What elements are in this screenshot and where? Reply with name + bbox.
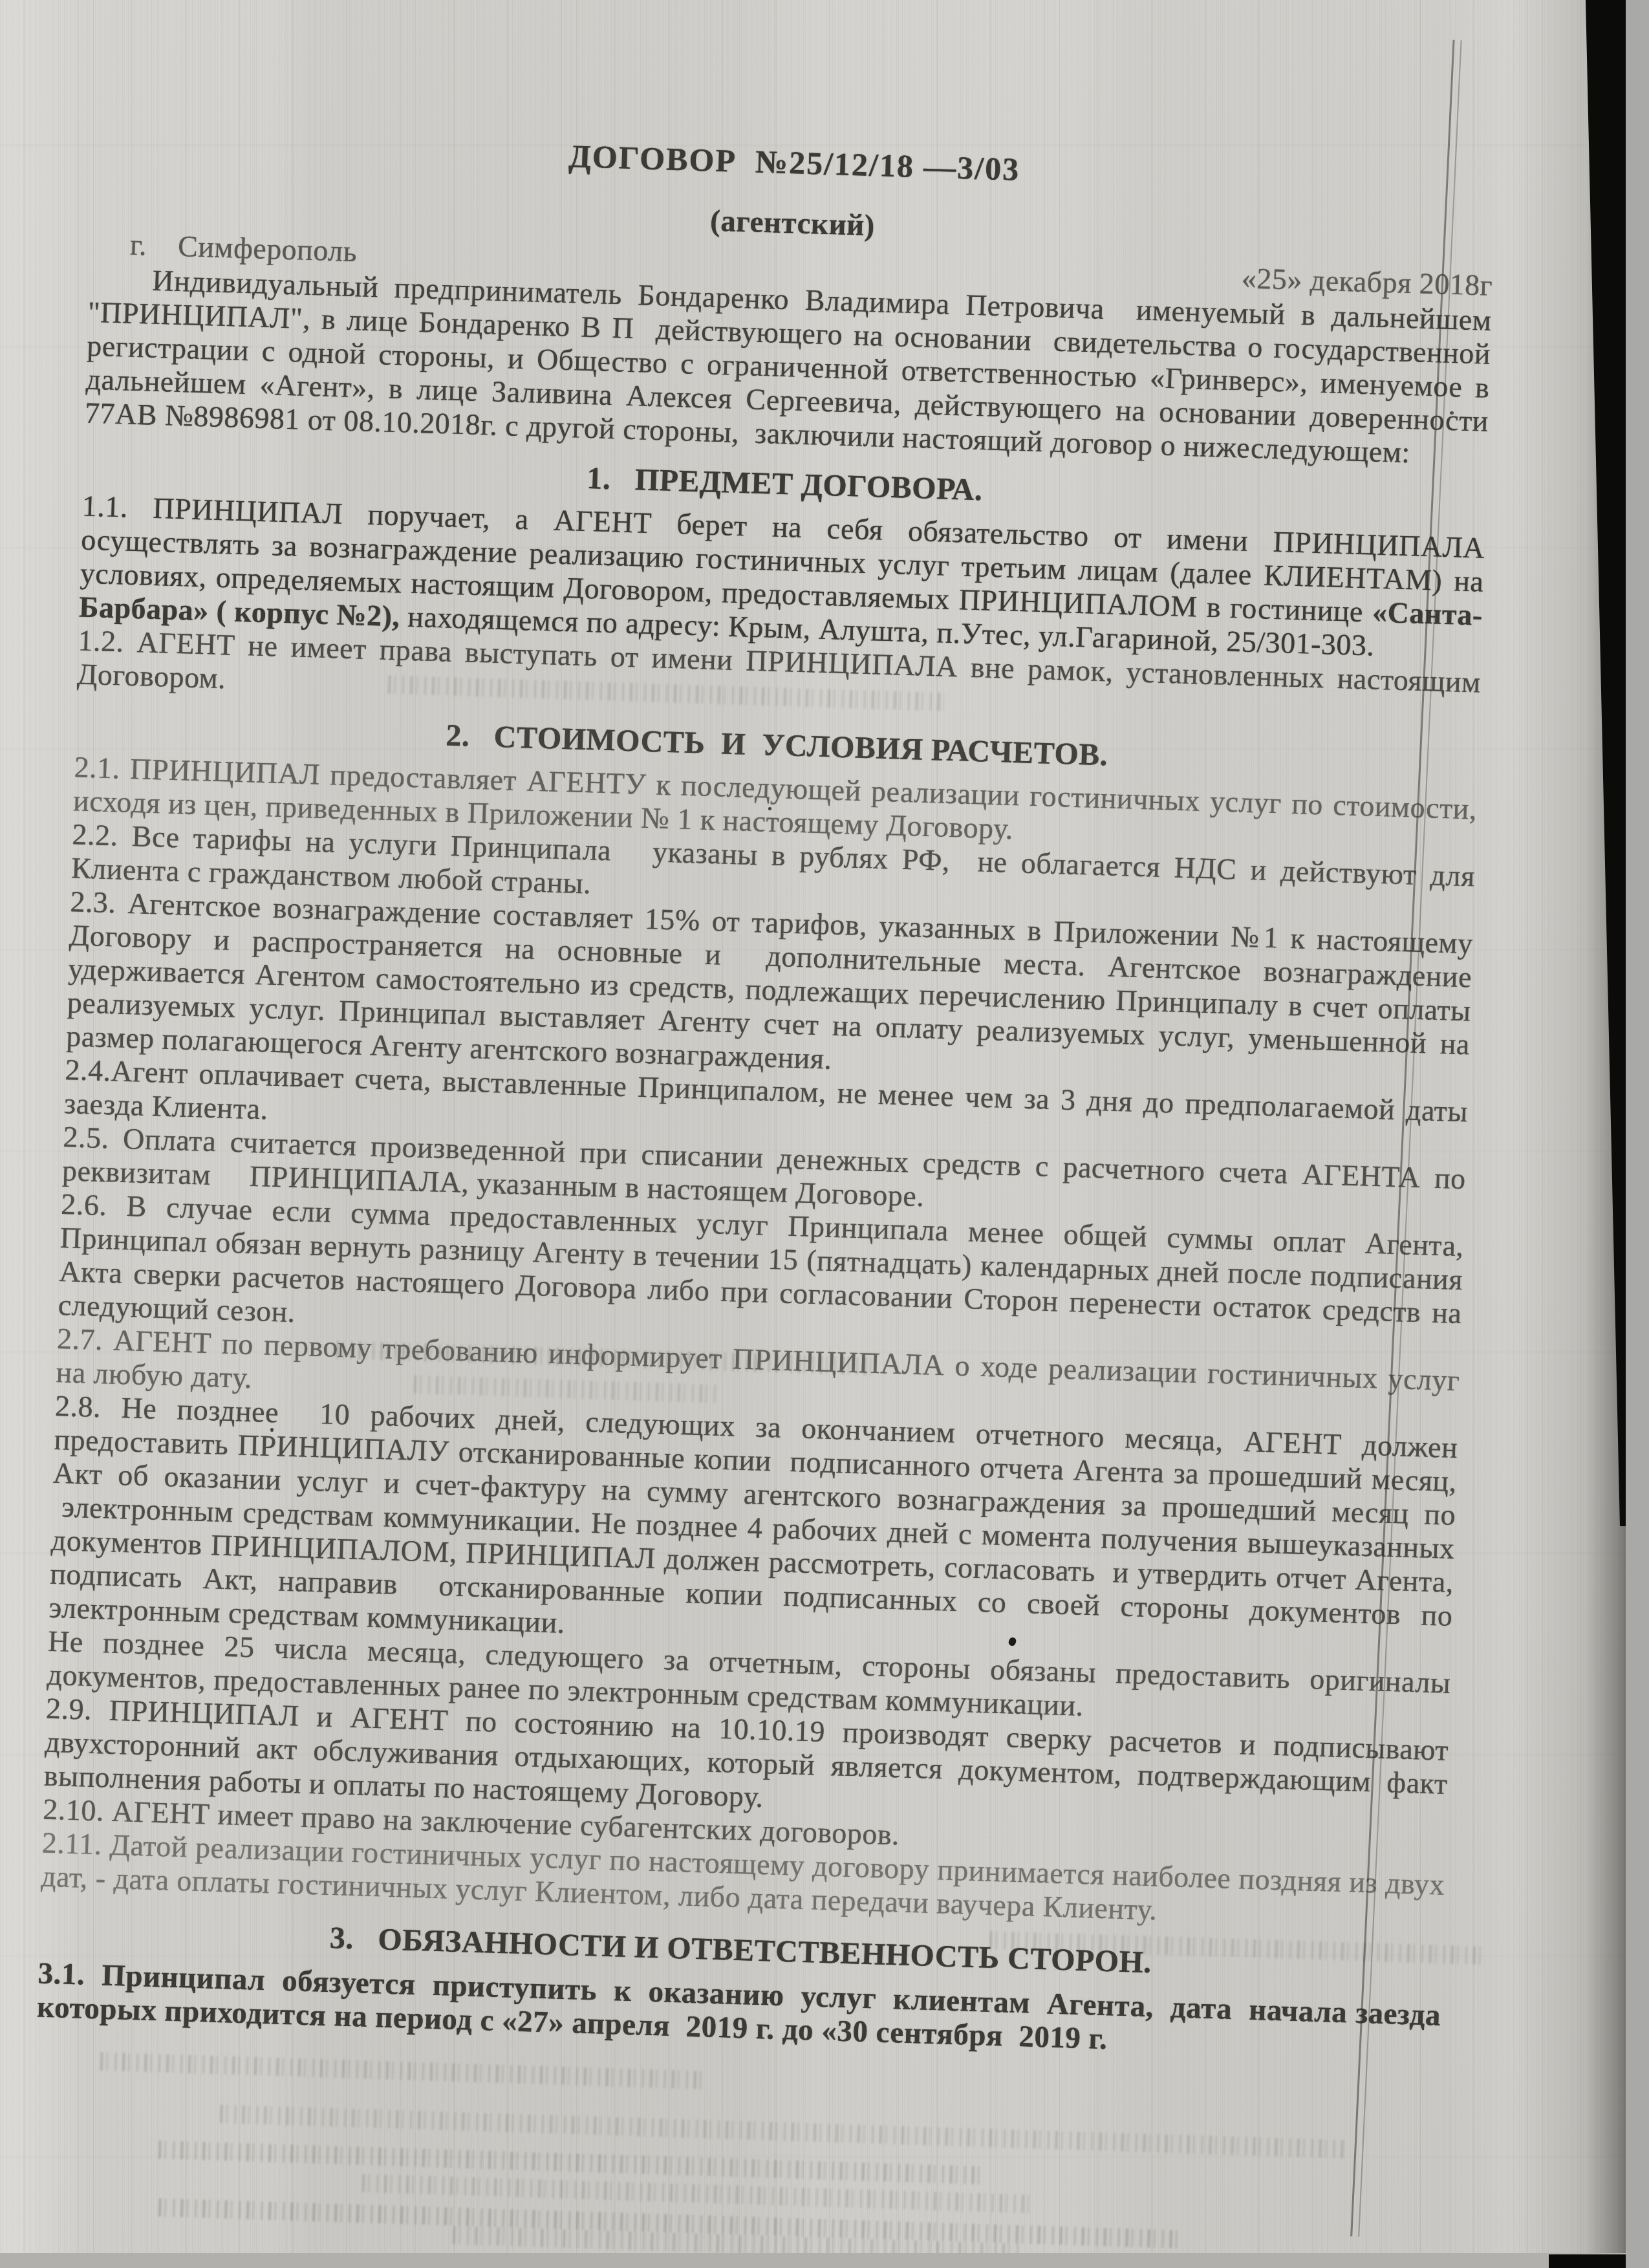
page-paper: ДОГОВОР №25/12/18 —3/03 (агентский) г. С… bbox=[0, 0, 1626, 2253]
ink-bleed-artifact bbox=[158, 2141, 986, 2185]
scanner-bottom-shadow bbox=[1549, 2254, 1626, 2268]
ink-speck bbox=[270, 1428, 274, 1432]
ink-bleed-artifact bbox=[100, 2052, 702, 2089]
ink-speck bbox=[768, 807, 771, 810]
scanned-contract-page: ДОГОВОР №25/12/18 —3/03 (агентский) г. С… bbox=[0, 0, 1649, 2268]
page-bottom-edge bbox=[0, 2253, 1626, 2268]
ink-speck bbox=[1450, 411, 1454, 415]
clause-2-8: 2.8. Не позднее 10 рабочих дней, следующ… bbox=[48, 1389, 1458, 1667]
contract-title: ДОГОВОР №25/12/18 —3/03 bbox=[92, 124, 1496, 202]
date-label: «25» декабря 2018г bbox=[1241, 261, 1493, 303]
contract-text: ДОГОВОР №25/12/18 —3/03 (агентский) г. С… bbox=[0, 94, 1497, 2066]
scanner-background-strip bbox=[1626, 0, 1649, 2268]
city-label: г. Симферополь bbox=[89, 227, 358, 268]
